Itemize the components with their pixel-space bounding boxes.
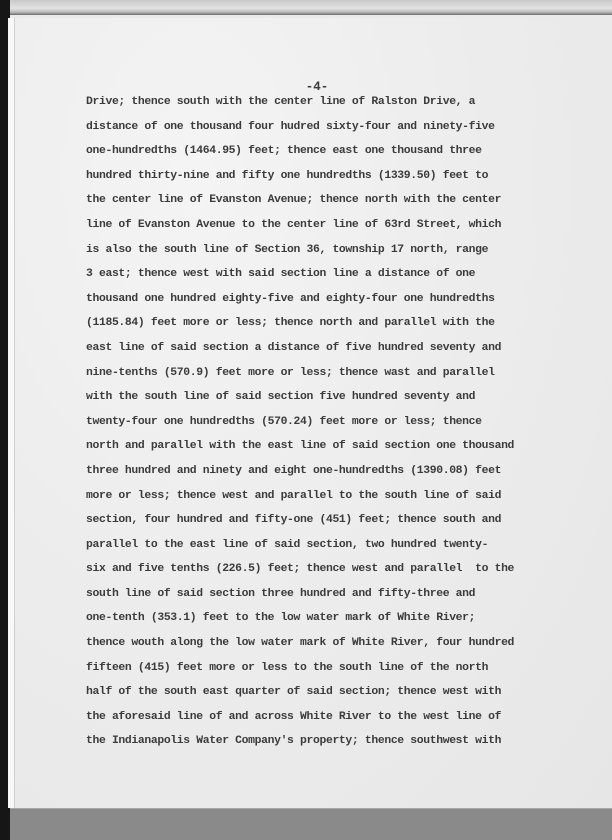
text-line: is also the south line of Section 36, to… <box>86 240 586 265</box>
text-line: twenty-four one hundredths (570.24) feet… <box>86 412 586 437</box>
typewritten-body: Drive; thence south with the center line… <box>86 92 586 756</box>
scanned-page: -4- Drive; thence south with the center … <box>0 0 612 840</box>
text-line: the Indianapolis Water Company's propert… <box>86 731 586 756</box>
paper-left-fold <box>8 18 15 808</box>
text-line: one-tenth (353.1) feet to the low water … <box>86 608 586 633</box>
text-line: the aforesaid line of and across White R… <box>86 707 586 732</box>
text-line: nine-tenths (570.9) feet more or less; t… <box>86 363 586 388</box>
text-line: line of Evanston Avenue to the center li… <box>86 215 586 240</box>
text-line: half of the south east quarter of said s… <box>86 682 586 707</box>
text-line: thousand one hundred eighty-five and eig… <box>86 289 586 314</box>
text-line: three hundred and ninety and eight one-h… <box>86 461 586 486</box>
text-line: hundred thirty-nine and fifty one hundre… <box>86 166 586 191</box>
text-line: fifteen (415) feet more or less to the s… <box>86 658 586 683</box>
text-line: distance of one thousand four hudred six… <box>86 117 586 142</box>
text-line: the center line of Evanston Avenue; then… <box>86 190 586 215</box>
text-line: south line of said section three hundred… <box>86 584 586 609</box>
text-line: parallel to the east line of said sectio… <box>86 535 586 560</box>
text-line: thence wouth along the low water mark of… <box>86 633 586 658</box>
text-line: section, four hundred and fifty-one (451… <box>86 510 586 535</box>
text-line: Drive; thence south with the center line… <box>86 92 586 117</box>
text-line: six and five tenths (226.5) feet; thence… <box>86 559 586 584</box>
text-line: 3 east; thence west with said section li… <box>86 264 586 289</box>
text-line: with the south line of said section five… <box>86 387 586 412</box>
scan-bottom-band <box>10 808 612 840</box>
text-line: north and parallel with the east line of… <box>86 436 586 461</box>
text-line: more or less; thence west and parallel t… <box>86 486 586 511</box>
text-line: one-hundredths (1464.95) feet; thence ea… <box>86 141 586 166</box>
text-line: east line of said section a distance of … <box>86 338 586 363</box>
scan-top-strip <box>10 0 612 15</box>
text-line: (1185.84) feet more or less; thence nort… <box>86 313 586 338</box>
